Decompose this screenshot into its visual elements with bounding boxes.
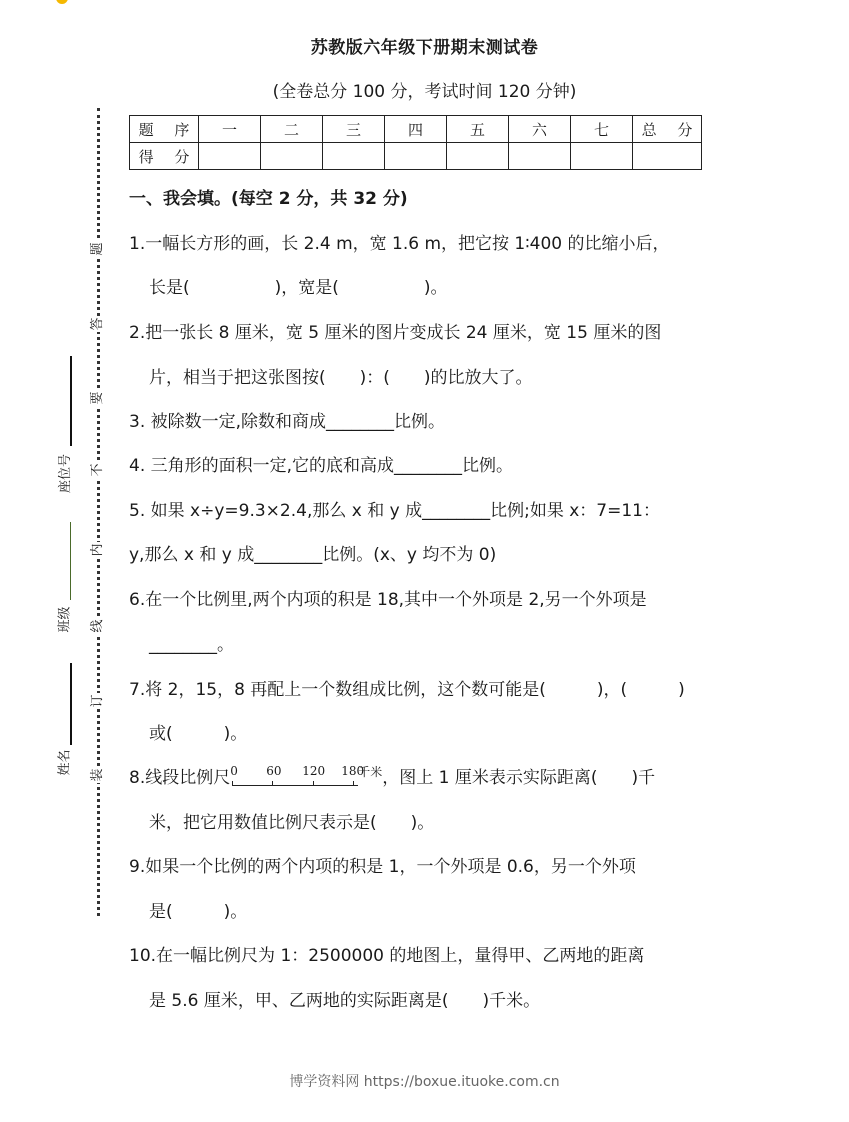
- cell-section-2: 二: [261, 116, 323, 143]
- score-table-header-row: 题 序 一 二 三 四 五 六 七 总 分: [130, 116, 702, 143]
- scale-label: 0: [230, 764, 238, 778]
- page-title: 苏教版六年级下册期末测试卷: [0, 33, 849, 58]
- binding-char: 答: [90, 316, 106, 332]
- question-10-cont: 是 5.6 厘米，甲、乙两地的实际距离是( )千米。: [149, 986, 540, 1011]
- cell-section-6: 六: [509, 116, 571, 143]
- question-7-cont: 或( )。: [149, 719, 247, 744]
- score-table-score-row: 得 分: [130, 143, 702, 170]
- question-2: 2.把一张长 8 厘米，宽 5 厘米的图片变成长 24 厘米，宽 15 厘米的图: [129, 318, 661, 343]
- score-cell[interactable]: [509, 143, 571, 170]
- question-8-prefix: 8.线段比例尺: [129, 768, 230, 788]
- cell-section-3: 三: [323, 116, 385, 143]
- name-field[interactable]: [70, 663, 72, 745]
- question-5: 5. 如果 x÷y=9.3×2.4,那么 x 和 y 成________比例;如…: [129, 496, 660, 521]
- score-cell[interactable]: [447, 143, 509, 170]
- name-label: 姓名: [54, 749, 73, 775]
- binding-dotted-line: [97, 108, 100, 916]
- page-subtitle: (全卷总分 100 分，考试时间 120 分钟): [0, 77, 849, 102]
- scale-tick: [353, 781, 354, 786]
- cell-total: 总 分: [633, 116, 702, 143]
- seat-number-field[interactable]: [70, 356, 72, 446]
- score-cell-total[interactable]: [633, 143, 702, 170]
- cell-label: 题 序: [130, 116, 199, 143]
- score-cell[interactable]: [385, 143, 447, 170]
- question-1-cont: 长是( )，宽是( )。: [149, 273, 448, 298]
- corner-mark: [56, 0, 68, 4]
- seat-number-label: 座位号: [54, 454, 73, 493]
- question-5-cont: y,那么 x 和 y 成________比例。(x、y 均不为 0): [129, 540, 496, 565]
- question-8-cont: 米，把它用数值比例尺表示是( )。: [149, 808, 434, 833]
- score-cell[interactable]: [571, 143, 633, 170]
- scale-tick: [313, 781, 314, 786]
- cell-score-label: 得 分: [130, 143, 199, 170]
- question-10: 10.在一幅比例尺为 1：2500000 的地图上，量得甲、乙两地的距离: [129, 941, 644, 966]
- cell-section-7: 七: [571, 116, 633, 143]
- question-3: 3. 被除数一定,除数和商成________比例。: [129, 407, 445, 432]
- question-6: 6.在一个比例里,两个内项的积是 18,其中一个外项是 2,另一个外项是: [129, 585, 647, 610]
- class-label: 班级: [54, 606, 73, 632]
- score-cell[interactable]: [323, 143, 385, 170]
- section-heading: 一、我会填。(每空 2 分，共 32 分): [129, 184, 408, 209]
- question-8: 8.线段比例尺 0 60 120 180 千米，图上 1 厘米表示实际距离( )…: [129, 763, 655, 788]
- scale-bar: 0 60 120 180: [230, 768, 358, 788]
- scale-label: 60: [266, 764, 281, 778]
- cell-section-5: 五: [447, 116, 509, 143]
- scale-label: 120: [302, 764, 325, 778]
- scale-bar-line: [232, 785, 358, 786]
- binding-char: 不: [90, 462, 106, 478]
- scale-tick: [232, 781, 233, 786]
- footer-watermark: 博学资料网 https://boxue.ituoke.com.cn: [0, 1071, 849, 1091]
- binding-char: 订: [90, 693, 106, 709]
- question-8-suffix: ，图上 1 厘米表示实际距离( )千: [382, 768, 655, 788]
- class-field[interactable]: [70, 522, 71, 600]
- question-4: 4. 三角形的面积一定,它的底和高成________比例。: [129, 451, 513, 476]
- question-7: 7.将 2，15，8 再配上一个数组成比例，这个数可能是( )，( ): [129, 675, 685, 700]
- cell-section-1: 一: [199, 116, 261, 143]
- binding-char: 线: [90, 618, 106, 634]
- question-9-cont: 是( )。: [149, 897, 247, 922]
- question-9: 9.如果一个比例的两个内项的积是 1，一个外项是 0.6，另一个外项: [129, 852, 636, 877]
- question-1: 1.一幅长方形的画，长 2.4 m，宽 1.6 m，把它按 1∶400 的比缩小…: [129, 229, 670, 254]
- binding-char: 题: [90, 241, 106, 257]
- score-table: 题 序 一 二 三 四 五 六 七 总 分 得 分: [129, 115, 702, 170]
- question-6-cont: ________。: [149, 630, 234, 655]
- cell-section-4: 四: [385, 116, 447, 143]
- score-cell[interactable]: [199, 143, 261, 170]
- scale-label: 180: [341, 764, 364, 778]
- question-2-cont: 片，相当于把这张图按( )：( )的比放大了。: [149, 363, 533, 388]
- binding-char: 要: [90, 390, 106, 406]
- score-cell[interactable]: [261, 143, 323, 170]
- binding-char: 内: [90, 542, 106, 558]
- scale-tick: [272, 781, 273, 786]
- binding-char: 装: [90, 767, 106, 783]
